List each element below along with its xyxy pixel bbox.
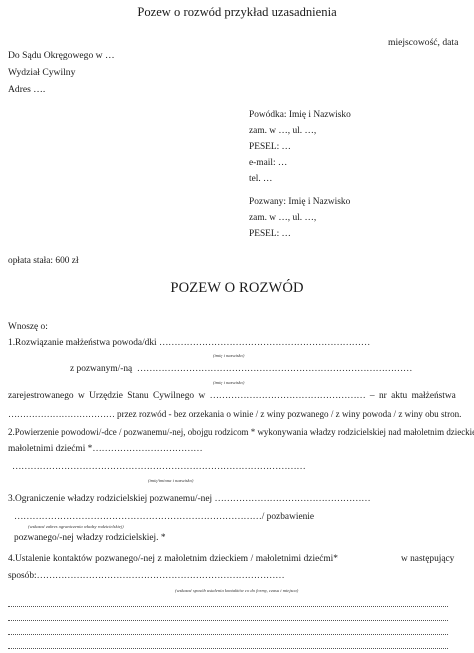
word: Cywilnego	[153, 391, 194, 401]
item3-scope-field: ………………………………………………………………………	[14, 512, 262, 522]
blank-line-4	[8, 648, 448, 649]
item3-line2: ………………………………………………………………………/ pozbawienie	[14, 512, 314, 522]
plaintiff-email: e-mail: …	[249, 158, 287, 168]
blank-line-3	[8, 634, 448, 635]
plaintiff-pesel: PESEL: …	[249, 142, 291, 152]
defendant-pesel: PESEL: …	[249, 229, 291, 239]
item2-children-field: ………………………………	[92, 444, 202, 454]
court-name: Do Sądu Okręgowego w …	[8, 50, 115, 61]
item2-line2: małoletnimi dziećmi *………………………………	[8, 444, 202, 454]
item3-line1: 3.Ograniczenie władzy rodzicielskiej poz…	[8, 494, 370, 504]
item1-line1: 1.Rozwiązanie małżeństwa powoda/dki ……………	[8, 338, 370, 348]
intro-text: Wnoszę o:	[8, 322, 48, 332]
item1-line3: zarejestrowanego w Urzędzie Stanu Cywiln…	[8, 391, 456, 401]
item4-line1-tail: w następujący	[401, 554, 454, 564]
document-header-title: Pozew o rozwód przykład uzasadnienia	[0, 5, 474, 20]
item1-line4: ……………………………… przez rozwód - bez orzekani…	[8, 409, 461, 419]
word: pozwanego/-nej	[95, 554, 155, 564]
word: kontaktów	[53, 554, 93, 564]
item2-line3: ……………………………………………………………………………………	[12, 462, 306, 472]
word: z	[158, 554, 162, 564]
word: nr	[379, 391, 387, 401]
blank-line-1	[8, 606, 448, 607]
item3-deprivation-label: / pozbawienie	[262, 512, 314, 522]
item2-line1: 2.Powierzenie powodowi/-dce / pozwanemu/…	[8, 427, 474, 437]
word: Urzędzie	[89, 391, 123, 401]
item2-children-names-field: ……………………………………………………………………………………	[12, 462, 306, 472]
place-date: miejscowość, data	[388, 37, 458, 48]
item1-spouse2-field: ………………………………………………………………………………	[137, 364, 412, 374]
word: 4.Ustalenie	[8, 554, 50, 564]
word: małoletnim	[164, 554, 207, 564]
defendant-address: zam. w …, ul. …,	[249, 213, 316, 223]
marriage-act-number-field: ………………………………	[8, 409, 115, 419]
divorce-fault-options: przez rozwód - bez orzekania o winie / z…	[117, 409, 461, 419]
defendant-name: Pozwany: Imię i Nazwisko	[249, 197, 350, 207]
word: małżeństwa	[412, 391, 456, 401]
item4-line2: sposób:………………………………………………………………………	[8, 571, 284, 581]
word: w	[198, 391, 205, 401]
item1-caption1: (imię i nazwisko)	[213, 353, 244, 358]
item2-caption: (imię/imiona i nazwisko)	[148, 478, 193, 483]
item1-line2: z pozwanym/-ną ……………………………………………………………………	[70, 364, 412, 374]
item4-method-field: ………………………………………………………………………	[37, 571, 285, 581]
item4-line1: 4.Ustalenie kontaktów pozwanego/-nej z m…	[8, 554, 338, 564]
item1-label: 1.Rozwiązanie małżeństwa powoda/dki	[8, 338, 157, 348]
registry-office-field: ……………………………………………	[210, 391, 366, 401]
word: Stanu	[127, 391, 148, 401]
item3-label: 3.Ograniczenie władzy rodzicielskiej poz…	[8, 494, 212, 504]
word: dziećmi*	[304, 554, 338, 564]
item1-spouse1-field: ……………………………………………………………	[159, 338, 370, 348]
item3-line3: pozwanego/-nej władzy rodzicielskiej. *	[14, 533, 166, 543]
word: w	[78, 391, 85, 401]
item1-caption2: (imię i nazwisko)	[213, 380, 244, 385]
word: aktu	[391, 391, 407, 401]
word: dzieckiem	[210, 554, 249, 564]
item2-children-label: małoletnimi dziećmi *	[8, 444, 92, 454]
word: zarejestrowanego	[8, 391, 74, 401]
plaintiff-name: Powódka: Imię i Nazwisko	[249, 110, 351, 120]
item3-caption: (wskazać zakres ograniczenia władzy rodz…	[28, 524, 124, 529]
word: /	[251, 554, 254, 564]
plaintiff-address: zam. w …, ul. …,	[249, 126, 316, 136]
item4-method-label: sposób:	[8, 571, 37, 581]
item1-with-label: z pozwanym/-ną	[70, 364, 132, 374]
plaintiff-phone: tel. …	[249, 174, 272, 184]
court-address: Adres ….	[8, 84, 45, 95]
word: małoletnimi	[256, 554, 301, 564]
main-title: POZEW O ROZWÓD	[0, 280, 474, 297]
item3-field: ……………………………………………	[214, 494, 370, 504]
court-division: Wydział Cywilny	[8, 67, 75, 78]
item4-caption: (wskazać sposób ustalenia kontaktów co d…	[175, 588, 298, 593]
word: –	[370, 391, 375, 401]
fee-line: opłata stała: 600 zł	[8, 256, 79, 266]
blank-line-2	[8, 620, 448, 621]
